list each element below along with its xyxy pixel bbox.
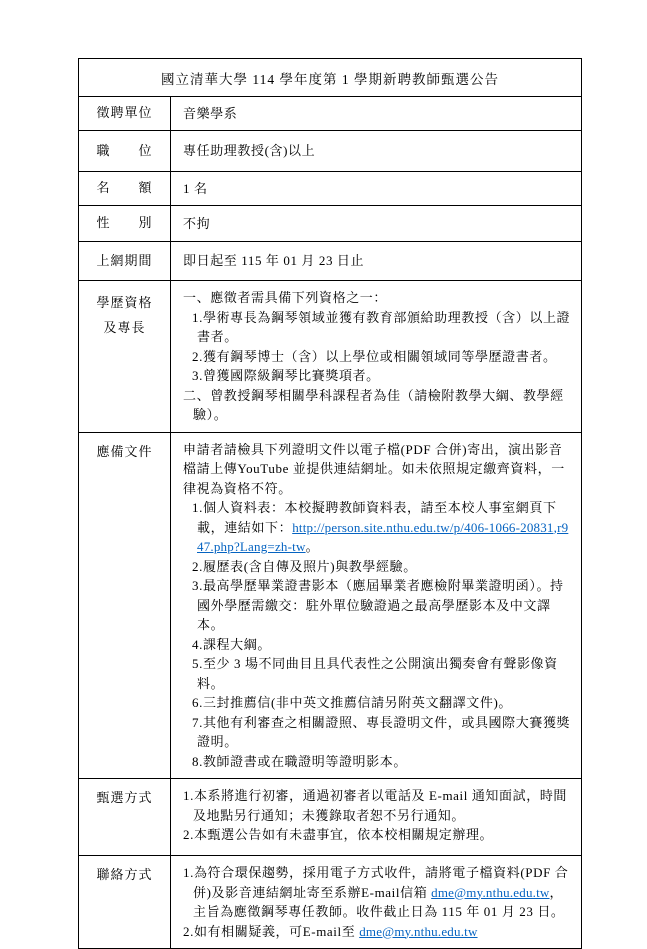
documents-item: 2.履歷表(含自傳及照片)與教學經驗。	[183, 557, 571, 577]
row-value-quota: 1 名	[171, 172, 581, 205]
qualification-item: 1.學術專長為鋼琴領域並獲有教育部頒給助理教授（含）以上證書者。	[183, 308, 571, 347]
qualifications-label-line2: 及專長	[96, 316, 152, 341]
qualification-section-1: 一、應徵者需具備下列資格之一：	[183, 288, 571, 308]
table-row-required-documents: 應備文件 申請者請檢具下列證明文件以電子檔(PDF 合併)寄出，演出影音檔請上傳…	[79, 432, 581, 779]
page-title: 國立清華大學 114 學年度第 1 學期新聘教師甄選公告	[161, 68, 499, 88]
qualifications-label-line1: 學歷資格	[96, 291, 152, 316]
qualification-item: 3.曾獲國際級鋼琴比賽獎項者。	[183, 366, 571, 386]
documents-item: 8.教師證書或在職證明等證明影本。	[183, 752, 571, 772]
table-row-quota: 名 額 1 名	[79, 171, 581, 205]
row-value-required-documents: 申請者請檢具下列證明文件以電子檔(PDF 合併)寄出，演出影音檔請上傳YouTu…	[171, 433, 581, 779]
contact-item-1-text: 1.為符合環保趨勢，採用電子方式收件，請將電子檔資料(PDF 合併)及影音連結網…	[183, 865, 568, 878]
qualification-item: 2.獲有鋼琴博士（含）以上學位或相關領域同等學歷證書者。	[183, 347, 571, 367]
table-row-gender: 性 別 不拘	[79, 205, 581, 241]
selection-item: 2.本甄選公告如有未盡事宜，依本校相關規定辦理。	[183, 825, 571, 845]
row-label-selection-method: 甄選方式	[79, 779, 171, 855]
row-label-qualifications: 學歷資格 及專長	[79, 281, 171, 432]
row-value-gender: 不拘	[171, 206, 581, 241]
documents-item: 6.三封推薦信(非中英文推薦信請另附英文翻譯文件)。	[183, 693, 571, 713]
contact-item-1: 1.為符合環保趨勢，採用電子方式收件，請將電子檔資料(PDF 合併)及影音連結網…	[183, 863, 571, 878]
row-value-position: 專任助理教授(含)以上	[171, 131, 581, 171]
table-row-recruiting-unit: 徵聘單位 音樂學系	[79, 96, 581, 130]
documents-item-1-suffix: 。	[306, 539, 320, 554]
documents-item: 5.至少 3 場不同曲目且具代表性之公開演出獨奏會有聲影像資料。	[183, 654, 571, 693]
selection-item: 1.本系將進行初審，通過初審者以電話及 E-mail 通知面試，時間及地點另行通…	[183, 786, 571, 825]
table-row-selection-method: 甄選方式 1.本系將進行初審，通過初審者以電話及 E-mail 通知面試，時間及…	[79, 778, 581, 855]
row-value-posting-period: 即日起至 115 年 01 月 23 日止	[171, 242, 581, 280]
table-row-title: 國立清華大學 114 學年度第 1 學期新聘教師甄選公告	[79, 59, 581, 96]
row-label-recruiting-unit: 徵聘單位	[79, 97, 171, 130]
table-row-qualifications: 學歷資格 及專長 一、應徵者需具備下列資格之一： 1.學術專長為鋼琴領域並獲有教…	[79, 280, 581, 432]
table-row-posting-period: 上網期間 即日起至 115 年 01 月 23 日止	[79, 241, 581, 280]
row-label-quota: 名 額	[79, 172, 171, 205]
documents-intro: 申請者請檢具下列證明文件以電子檔(PDF 合併)寄出，演出影音檔請上傳YouTu…	[183, 440, 571, 499]
row-label-posting-period: 上網期間	[79, 242, 171, 280]
documents-item: 4.課程大綱。	[183, 635, 571, 655]
row-value-qualifications: 一、應徵者需具備下列資格之一： 1.學術專長為鋼琴領域並獲有教育部頒給助理教授（…	[171, 281, 581, 432]
row-value-contact-method: 1.為符合環保趨勢，採用電子方式收件，請將電子檔資料(PDF 合併)及影音連結網…	[171, 856, 581, 878]
documents-item: 7.其他有利審查之相關證照、專長證明文件，或具國際大賽獲獎證明。	[183, 713, 571, 752]
row-label-contact-method: 聯絡方式	[79, 856, 171, 878]
documents-item-1: 1.個人資料表：本校擬聘教師資料表，請至本校人事室網頁下載，連結如下：http:…	[183, 498, 571, 557]
row-value-recruiting-unit: 音樂學系	[171, 97, 581, 130]
row-label-required-documents: 應備文件	[79, 433, 171, 779]
table-row-contact-method: 聯絡方式 1.為符合環保趨勢，採用電子方式收件，請將電子檔資料(PDF 合併)及…	[79, 855, 581, 878]
row-value-selection-method: 1.本系將進行初審，通過初審者以電話及 E-mail 通知面試，時間及地點另行通…	[171, 779, 581, 855]
announcement-table: 國立清華大學 114 學年度第 1 學期新聘教師甄選公告 徵聘單位 音樂學系 職…	[78, 58, 582, 878]
row-label-position: 職 位	[79, 131, 171, 171]
documents-item: 3.最高學歷畢業證書影本（應屆畢業者應檢附畢業證明函）。持國外學歷需繳交：駐外單…	[183, 576, 571, 635]
qualification-section-2: 二、曾教授鋼琴相關學科課程者為佳（請檢附教學大綱、教學經驗）。	[183, 386, 571, 425]
table-row-position: 職 位 專任助理教授(含)以上	[79, 130, 581, 171]
row-label-gender: 性 別	[79, 206, 171, 241]
